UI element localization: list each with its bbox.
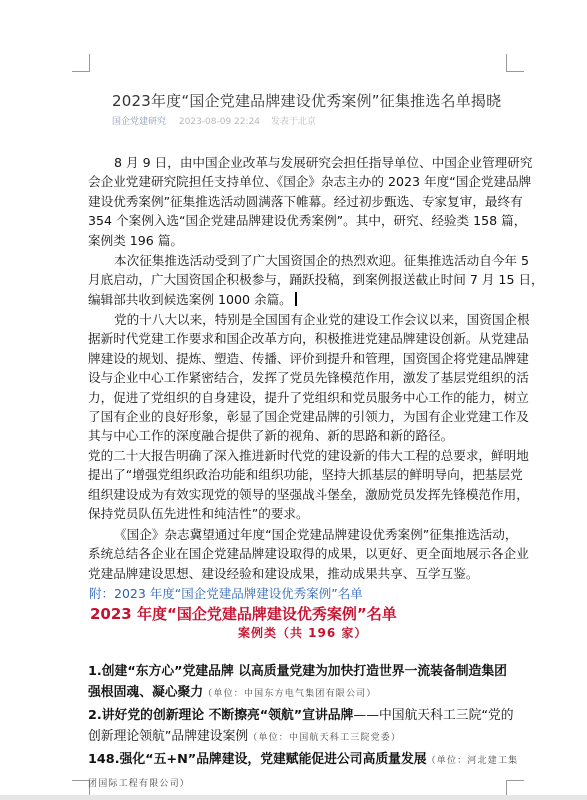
- document-page: 2023年度“国企党建品牌建设优秀案例”征集推选名单揭晓 国企党建研究 2023…: [0, 0, 587, 795]
- case-item-1-line-2: 强根固魂、凝心聚力（单位：中国东方电气集团有限公司）: [88, 682, 508, 705]
- appendix-label[interactable]: 附：2023 年度“国企党建品牌建设优秀案例”名单: [89, 584, 363, 602]
- text-line: 《国企》杂志冀望通过年度“国企党建品牌建设优秀案例”征集推选活动，: [88, 525, 504, 544]
- paragraph-2[interactable]: 本次征集推选活动受到了广大国资国企的热烈欢迎。征集推选活动自今年 5 月底启动，…: [88, 251, 504, 309]
- text-line-content: 编辑部共收到候选案例 1000 余篇。: [88, 292, 292, 307]
- page-corner-mark-top-right: [506, 54, 524, 72]
- text-line: 354 个案例入选“国企党建品牌建设优秀案例”。其中，研究、经验类 158 篇，: [88, 211, 504, 230]
- text-line: 系统总结各企业在国企党建品牌建设取得的成果，以更好、更全面地展示各企业: [88, 544, 504, 563]
- text-line: 建设优秀案例”征集推选活动圆满落下帷幕。经过初步甄选、专家复审，最终有: [88, 192, 504, 211]
- case-subtitle: ——中国航天科工三院“党的: [353, 708, 513, 723]
- text-line: 党的二十大报告明确了深入推进新时代党的建设新的伟大工程的总要求，鲜明地: [88, 446, 504, 465]
- page-gap: [0, 795, 587, 800]
- list-title: 2023 年度“国企党建品牌建设优秀案例”名单: [90, 603, 397, 624]
- case-unit: （单位：中国航天科工三院党委）: [248, 733, 401, 743]
- text-line: 案例类 196 篇。: [88, 231, 504, 250]
- case-item-148-line-1: 148.强化“五+N”品牌建设，党建赋能促进公司高质量发展（单位：河北建工集: [88, 749, 508, 772]
- text-line: 设与企业中心工作紧密结合，发挥了党员先锋模范作用，激发了基层党组织的活: [88, 368, 504, 387]
- text-line: 组织建设成为有效实现党的领导的坚强战斗堡垒，激励党员发挥先锋模范作用，: [88, 485, 504, 504]
- text-line: 党建品牌建设思想、建设经验和建设成果，推动成果共享、互学互鉴。: [88, 564, 504, 583]
- article-title: 2023年度“国企党建品牌建设优秀案例”征集推选名单揭晓: [112, 90, 512, 111]
- paragraph-4[interactable]: 党的二十大报告明确了深入推进新时代党的建设新的伟大工程的总要求，鲜明地 提出了“…: [88, 446, 504, 524]
- text-cursor: [295, 292, 297, 306]
- case-title: 148.强化“五+N”品牌建设，党建赋能促进公司高质量发展: [88, 752, 427, 767]
- case-title: 2.讲好党的创新理论 不断擦亮“领航”宣讲品牌: [88, 708, 353, 723]
- page-corner-mark-bottom-right: [506, 780, 524, 796]
- case-list: 1.创建“东方心”党建品牌 以高质量党建为加快打造世界一流装备制造集团 强根固魂…: [88, 661, 508, 795]
- text-line: 月底启动，广大国资国企积极参与，踊跃投稿，到案例报送截止时间 7 月 15 日，: [88, 270, 504, 289]
- text-line: 党的十八大以来，特别是全国国有企业党的建设工作会议以来，国资国企根: [88, 310, 504, 329]
- case-unit: （单位：河北建工集: [427, 756, 519, 766]
- text-line: 据新时代党建工作要求和国企改革方向，积极推进党建品牌建设创新。从党建品: [88, 329, 504, 348]
- case-unit: （单位：中国东方电气集团有限公司）: [203, 689, 376, 699]
- text-line: 保持党员队伍先进性和纯洁性”的要求。: [88, 504, 504, 523]
- case-subtitle-cont: 创新理论领航”品牌建设案例: [88, 729, 248, 744]
- text-line: 力，促进了党组织的自身建设，提升了党组织和党员服务中心工作的能力，树立: [88, 388, 504, 407]
- paragraph-3[interactable]: 党的十八大以来，特别是全国国有企业党的建设工作会议以来，国资国企根 据新时代党建…: [88, 310, 504, 446]
- text-line: 本次征集推选活动受到了广大国资国企的热烈欢迎。征集推选活动自今年 5: [88, 251, 504, 270]
- case-unit-cont: 团国际工程有限公司）: [88, 779, 190, 789]
- case-title: 1.创建“东方心”党建品牌 以高质量党建为加快打造世界一流装备制造集团: [88, 664, 507, 679]
- text-line: 牌建设的规划、提炼、塑造、传播、评价到提升和管理，国资国企将党建品牌建: [88, 349, 504, 368]
- article-datetime: 2023-08-09 22:24: [179, 117, 260, 127]
- text-line: 了国有企业的良好形象，彰显了国企党建品牌的引领力，为国有企业党建工作及: [88, 407, 504, 426]
- text-line: 其与中心工作的深度融合提供了新的视角、新的思路和新的路径。: [88, 426, 504, 445]
- text-line: 8 月 9 日，由中国企业改革与发展研究会担任指导单位、中国企业管理研究: [88, 153, 504, 172]
- paragraph-1[interactable]: 8 月 9 日，由中国企业改革与发展研究会担任指导单位、中国企业管理研究 会企业…: [88, 153, 504, 250]
- article-meta: 国企党建研究 2023-08-09 22:24 发表于北京: [112, 114, 316, 127]
- text-line: 会企业党建研究院担任支持单位、《国企》杂志主办的 2023 年度“国企党建品牌: [88, 172, 504, 191]
- article-location: 发表于北京: [271, 117, 316, 127]
- case-title-cont: 强根固魂、凝心聚力: [88, 685, 203, 700]
- text-line: 编辑部共收到候选案例 1000 余篇。: [88, 290, 504, 309]
- case-item-2-line-1: 2.讲好党的创新理论 不断擦亮“领航”宣讲品牌——中国航天科工三院“党的: [88, 705, 508, 726]
- paragraph-5[interactable]: 《国企》杂志冀望通过年度“国企党建品牌建设优秀案例”征集推选活动， 系统总结各企…: [88, 525, 504, 583]
- case-item-148-line-2: 团国际工程有限公司）: [88, 772, 508, 795]
- page-corner-mark-top-left: [72, 54, 90, 72]
- case-item-1-line-1: 1.创建“东方心”党建品牌 以高质量党建为加快打造世界一流装备制造集团: [88, 661, 508, 682]
- case-item-2-line-2: 创新理论领航”品牌建设案例（单位：中国航天科工三院党委）: [88, 726, 508, 749]
- text-line: 提出了“增强党组织政治功能和组织功能，坚持大抓基层的鲜明导向，把基层党: [88, 465, 504, 484]
- article-author[interactable]: 国企党建研究: [112, 117, 166, 127]
- category-heading: 案例类（共 196 家）: [238, 624, 367, 641]
